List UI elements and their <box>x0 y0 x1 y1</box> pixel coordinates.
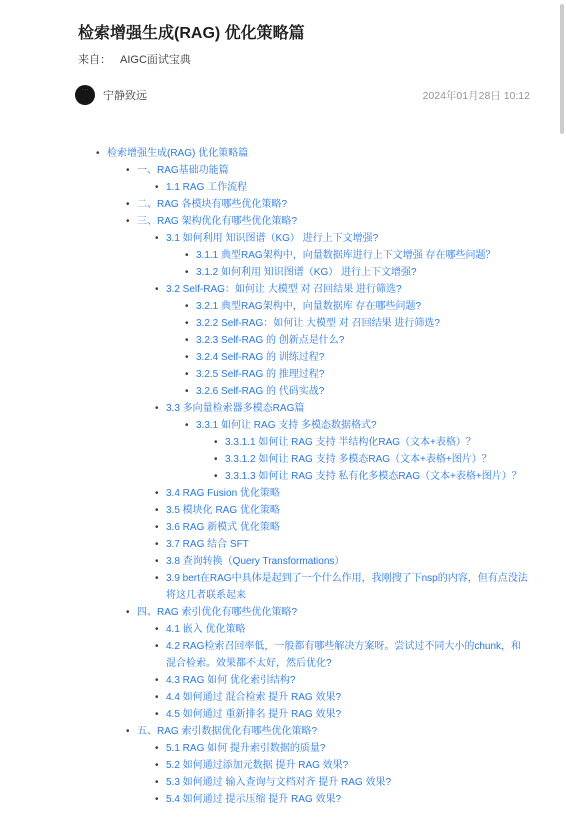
toc-item: 3.2.2 Self-RAG：如何让 大模型 对 召回结果 进行筛选? <box>185 315 530 332</box>
toc-link[interactable]: 3.3.1 如何让 RAG 支持 多模态数据格式? <box>196 420 377 431</box>
toc-item: 1.1 RAG 工作流程 <box>155 179 530 196</box>
toc-link[interactable]: 3.8 查询转换（Query Transformations） <box>166 556 344 567</box>
toc-item: 五、RAG 索引数据优化有哪些优化策略? <box>126 723 530 740</box>
page-title: 检索增强生成(RAG) 优化策略篇 <box>78 24 530 44</box>
toc-link[interactable]: 3.7 RAG 结合 SFT <box>166 539 249 550</box>
toc-link[interactable]: 3.3.1.1 如何让 RAG 支持 半结构化RAG（文本+表格）？ <box>225 437 476 448</box>
toc-link[interactable]: 3.2.2 Self-RAG：如何让 大模型 对 召回结果 进行筛选? <box>196 318 440 329</box>
toc-item: 3.1.2 如何利用 知识图谱（KG） 进行上下文增强? <box>185 264 530 281</box>
toc-item: 一、RAG基础功能篇 <box>126 162 530 179</box>
toc-item: 4.5 如何通过 重新排名 提升 RAG 效果? <box>155 706 530 723</box>
toc-item: 四、RAG 索引优化有哪些优化策略? <box>126 604 530 621</box>
toc-item: 3.2.5 Self-RAG 的 推理过程? <box>185 366 530 383</box>
toc-item: 检索增强生成(RAG) 优化策略篇 <box>96 145 530 162</box>
toc-link[interactable]: 4.1 嵌入 优化策略 <box>166 624 245 635</box>
toc-item: 3.5 模块化 RAG 优化策略 <box>155 502 530 519</box>
toc-list: 检索增强生成(RAG) 优化策略篇一、RAG基础功能篇1.1 RAG 工作流程二… <box>78 145 530 808</box>
scrollbar-thumb[interactable] <box>560 4 564 134</box>
author-avatar-icon[interactable] <box>75 85 95 105</box>
toc-link[interactable]: 3.1.1 典型RAG架构中，向量数据库进行上下文增强 存在哪些问题？ <box>196 250 495 261</box>
toc-link[interactable]: 4.5 如何通过 重新排名 提升 RAG 效果? <box>166 709 341 720</box>
toc-link[interactable]: 3.2.3 Self-RAG 的 创新点是什么? <box>196 335 344 346</box>
toc-item: 3.6 RAG 新模式 优化策略 <box>155 519 530 536</box>
source-name: AIGC面试宝典 <box>120 54 191 66</box>
toc-link[interactable]: 一、RAG基础功能篇 <box>137 165 229 176</box>
toc-link[interactable]: 3.3.1.2 如何让 RAG 支持 多模态RAG（文本+表格+图片）？ <box>225 454 492 465</box>
toc-link[interactable]: 3.9 bert在RAG中具体是起到了一个什么作用，我刚搜了下nsp的内容，但有… <box>166 573 528 601</box>
toc-item: 5.2 如何通过添加元数据 提升 RAG 效果? <box>155 757 530 774</box>
toc-link[interactable]: 3.5 模块化 RAG 优化策略 <box>166 505 280 516</box>
toc-item: 5.1 RAG 如何 提升索引数据的质量? <box>155 740 530 757</box>
toc-item: 3.3.1 如何让 RAG 支持 多模态数据格式? <box>185 417 530 434</box>
toc-link[interactable]: 3.2.4 Self-RAG 的 训练过程? <box>196 352 324 363</box>
author-row: 宁静致远 2024年01月28日 10:12 <box>75 85 530 105</box>
toc-item: 3.3.1.2 如何让 RAG 支持 多模态RAG（文本+表格+图片）？ <box>214 451 530 468</box>
toc-item: 3.7 RAG 结合 SFT <box>155 536 530 553</box>
source-line: 来自：AIGC面试宝典 <box>78 53 530 67</box>
post-date: 2024年01月28日 10:12 <box>423 88 530 103</box>
toc-link[interactable]: 5.3 如何通过 输入查询与文档对齐 提升 RAG 效果? <box>166 777 391 788</box>
toc-item: 3.1 如何利用 知识图谱（KG） 进行上下文增强? <box>155 230 530 247</box>
toc-item: 3.1.1 典型RAG架构中，向量数据库进行上下文增强 存在哪些问题？ <box>185 247 530 264</box>
toc-item: 3.8 查询转换（Query Transformations） <box>155 553 530 570</box>
toc-item: 3.2.6 Self-RAG 的 代码实战? <box>185 383 530 400</box>
toc-link[interactable]: 二、RAG 各模块有哪些优化策略? <box>137 199 287 210</box>
toc-item: 3.2.1 典型RAG架构中，向量数据库 存在哪些问题? <box>185 298 530 315</box>
toc-link[interactable]: 五、RAG 索引数据优化有哪些优化策略? <box>137 726 317 737</box>
toc-link[interactable]: 四、RAG 索引优化有哪些优化策略? <box>137 607 297 618</box>
author-name[interactable]: 宁静致远 <box>103 87 147 103</box>
toc-link[interactable]: 3.1 如何利用 知识图谱（KG） 进行上下文增强? <box>166 233 378 244</box>
toc-item: 3.4 RAG Fusion 优化策略 <box>155 485 530 502</box>
toc-link[interactable]: 3.2 Self-RAG：如何让 大模型 对 召回结果 进行筛选? <box>166 284 402 295</box>
toc-item: 4.1 嵌入 优化策略 <box>155 621 530 638</box>
toc-item: 3.3 多向量检索器多模态RAG篇 <box>155 400 530 417</box>
toc-link[interactable]: 3.6 RAG 新模式 优化策略 <box>166 522 280 533</box>
toc-item: 4.4 如何通过 混合检索 提升 RAG 效果? <box>155 689 530 706</box>
toc-link[interactable]: 3.2.5 Self-RAG 的 推理过程? <box>196 369 324 380</box>
toc-link[interactable]: 4.4 如何通过 混合检索 提升 RAG 效果? <box>166 692 341 703</box>
toc-item: 3.2 Self-RAG：如何让 大模型 对 召回结果 进行筛选? <box>155 281 530 298</box>
toc-item: 5.3 如何通过 输入查询与文档对齐 提升 RAG 效果? <box>155 774 530 791</box>
toc-item: 4.3 RAG 如何 优化索引结构? <box>155 672 530 689</box>
toc-link[interactable]: 1.1 RAG 工作流程 <box>166 182 247 193</box>
toc-link[interactable]: 4.3 RAG 如何 优化索引结构? <box>166 675 295 686</box>
toc-item: 5.4 如何通过 提示压缩 提升 RAG 效果? <box>155 791 530 808</box>
toc-item: 3.2.4 Self-RAG 的 训练过程? <box>185 349 530 366</box>
toc-link[interactable]: 三、RAG 架构优化有哪些优化策略? <box>137 216 297 227</box>
toc-link[interactable]: 5.4 如何通过 提示压缩 提升 RAG 效果? <box>166 794 341 805</box>
toc-link[interactable]: 3.2.6 Self-RAG 的 代码实战? <box>196 386 324 397</box>
article-page: 检索增强生成(RAG) 优化策略篇 来自：AIGC面试宝典 宁静致远 2024年… <box>0 0 566 808</box>
toc-link[interactable]: 3.3.1.3 如何让 RAG 支持 私有化多模态RAG（文本+表格+图片）？ <box>225 471 522 482</box>
toc-link[interactable]: 检索增强生成(RAG) 优化策略篇 <box>107 148 248 159</box>
toc-item: 3.9 bert在RAG中具体是起到了一个什么作用，我刚搜了下nsp的内容，但有… <box>155 570 530 604</box>
toc-item: 4.2 RAG检索召回率低，一般都有哪些解决方案呀。尝试过不同大小的chunk，… <box>155 638 530 672</box>
toc-link[interactable]: 5.2 如何通过添加元数据 提升 RAG 效果? <box>166 760 348 771</box>
toc-item: 3.3.1.1 如何让 RAG 支持 半结构化RAG（文本+表格）？ <box>214 434 530 451</box>
toc-link[interactable]: 3.3 多向量检索器多模态RAG篇 <box>166 403 304 414</box>
toc-item: 三、RAG 架构优化有哪些优化策略? <box>126 213 530 230</box>
toc-item: 二、RAG 各模块有哪些优化策略? <box>126 196 530 213</box>
source-label: 来自： <box>78 54 111 66</box>
toc-link[interactable]: 3.2.1 典型RAG架构中，向量数据库 存在哪些问题? <box>196 301 421 312</box>
toc-link[interactable]: 3.4 RAG Fusion 优化策略 <box>166 488 280 499</box>
toc-link[interactable]: 5.1 RAG 如何 提升索引数据的质量? <box>166 743 325 754</box>
toc-link[interactable]: 3.1.2 如何利用 知识图谱（KG） 进行上下文增强? <box>196 267 417 278</box>
toc-item: 3.2.3 Self-RAG 的 创新点是什么? <box>185 332 530 349</box>
toc-link[interactable]: 4.2 RAG检索召回率低，一般都有哪些解决方案呀。尝试过不同大小的chunk，… <box>166 641 521 669</box>
toc-item: 3.3.1.3 如何让 RAG 支持 私有化多模态RAG（文本+表格+图片）？ <box>214 468 530 485</box>
